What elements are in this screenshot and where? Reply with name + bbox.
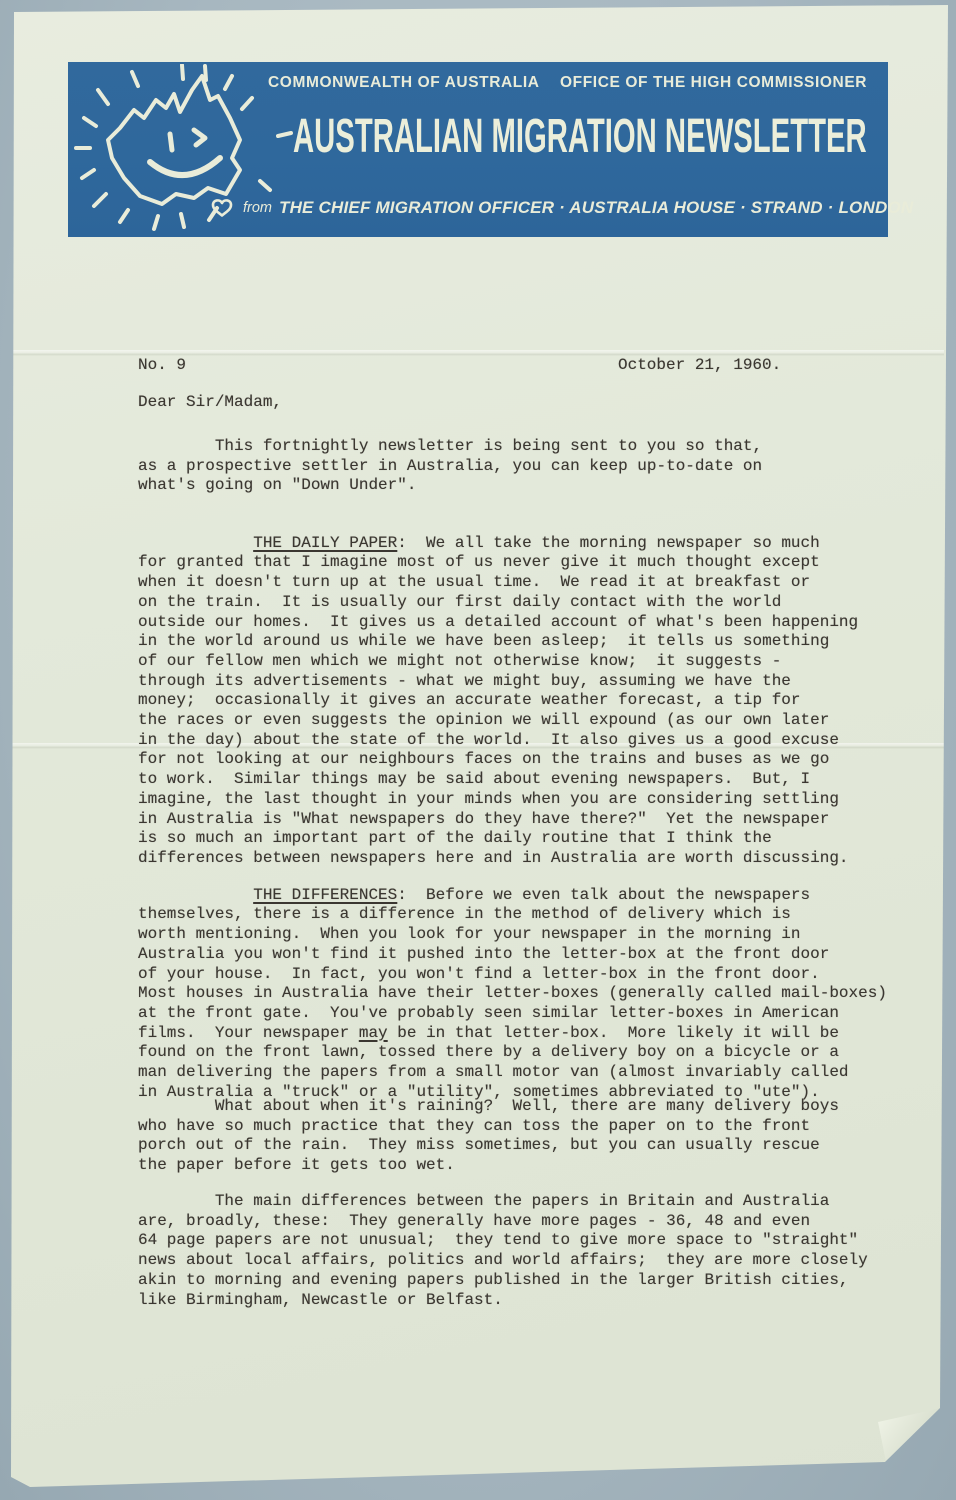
commonwealth-text: COMMONWEALTH OF AUSTRALIA xyxy=(268,74,540,92)
section-heading-daily-paper: THE DAILY PAPER xyxy=(253,534,397,552)
salutation: Dear Sir/Madam, xyxy=(138,393,282,413)
folded-corner xyxy=(872,1405,944,1465)
tasmania-heart-icon xyxy=(210,198,234,218)
indent xyxy=(176,534,253,552)
para-daily-paper: THE DAILY PAPER: We all take the morning… xyxy=(138,514,928,888)
para-differences-text-1: : Before we even talk about the newspape… xyxy=(138,886,887,1042)
para-daily-paper-text: : We all take the morning newspaper so m… xyxy=(138,534,858,867)
para-intro: This fortnightly newsletter is being sen… xyxy=(138,437,928,496)
letterhead-band: COMMONWEALTH OF AUSTRALIA OFFICE OF THE … xyxy=(68,62,888,237)
issue-number: No. 9 xyxy=(138,356,186,376)
letter-paper: COMMONWEALTH OF AUSTRALIA OFFICE OF THE … xyxy=(0,0,956,1500)
tagline-text: THE CHIEF MIGRATION OFFICER · AUSTRALIA … xyxy=(279,198,913,218)
office-text: OFFICE OF THE HIGH COMMISSIONER xyxy=(560,74,867,92)
section-heading-differences: THE DIFFERENCES xyxy=(253,886,397,904)
indent xyxy=(176,886,253,904)
letter-date: October 21, 1960. xyxy=(618,356,781,376)
underlined-word-may: may xyxy=(359,1024,388,1042)
para-differences: THE DIFFERENCES: Before we even talk abo… xyxy=(138,866,928,1122)
tagline: from THE CHIEF MIGRATION OFFICER · AUSTR… xyxy=(210,198,913,218)
para-raining: What about when it's raining? Well, ther… xyxy=(138,1097,928,1176)
newsletter-title: AUSTRALIAN MIGRATION NEWSLETTER xyxy=(293,112,867,162)
para-main-differences: The main differences between the papers … xyxy=(138,1192,928,1310)
tagline-from: from xyxy=(243,200,272,216)
